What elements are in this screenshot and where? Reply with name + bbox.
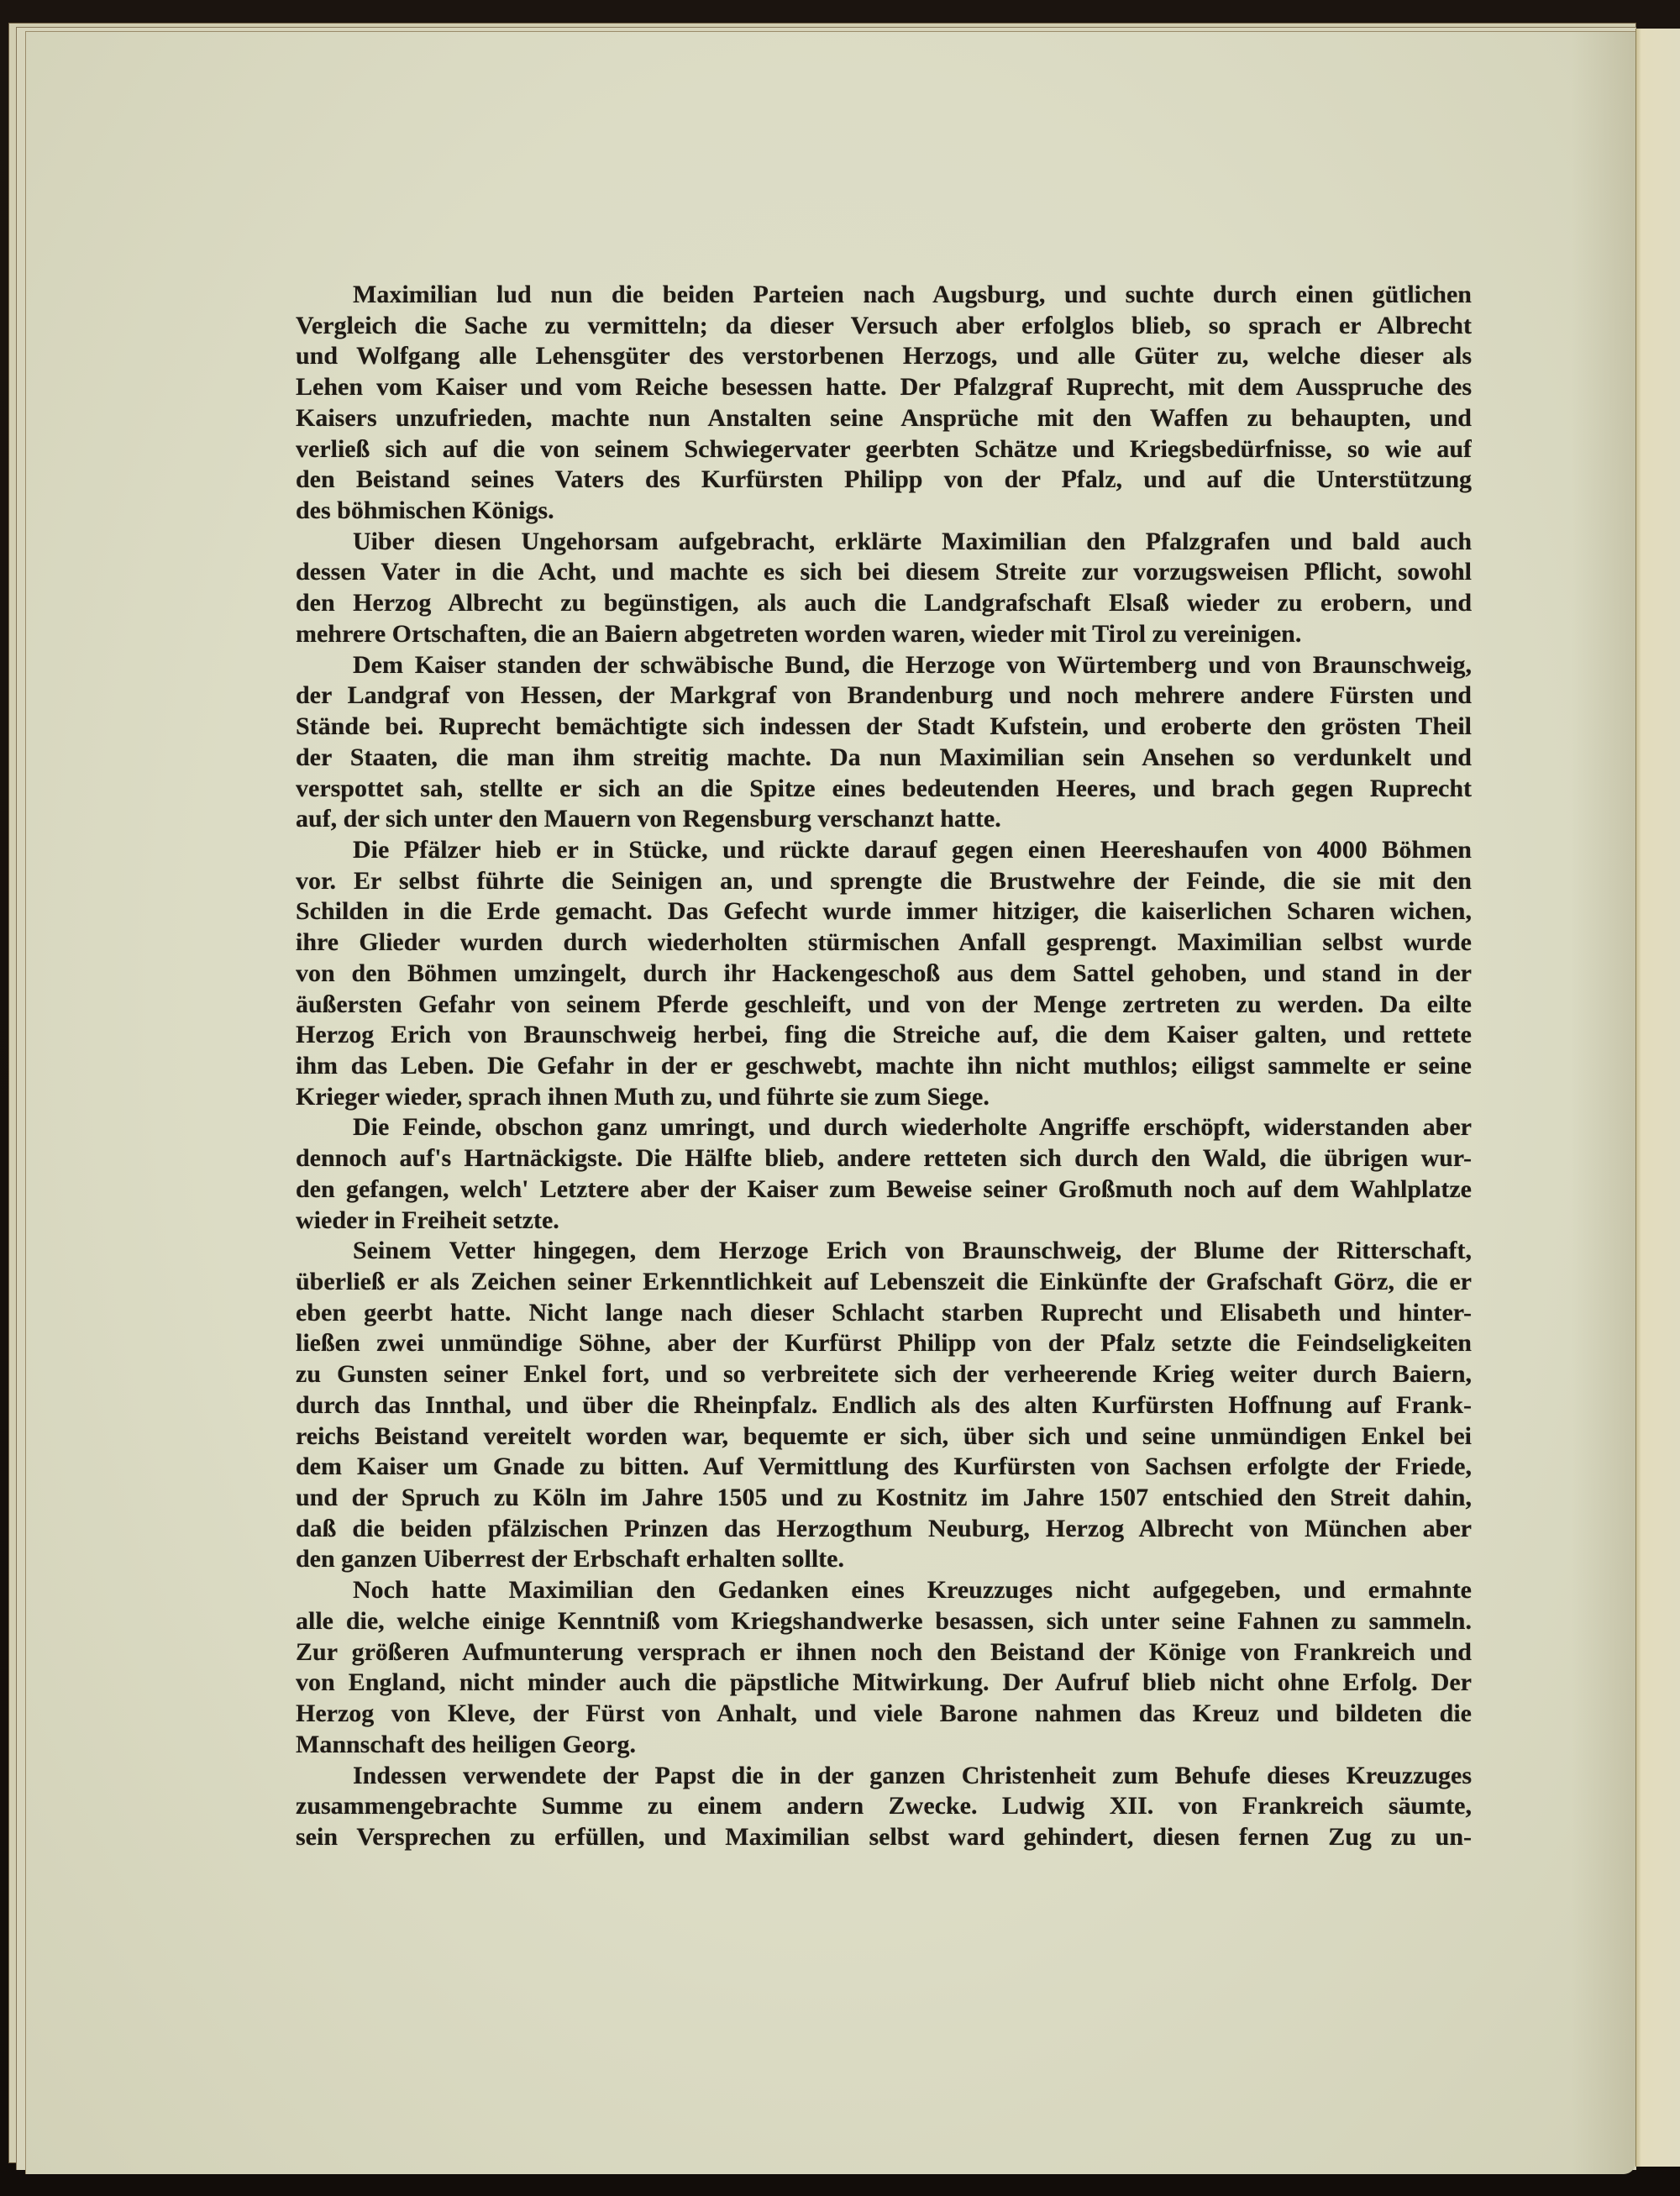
text-line: Maximilian lud nun die beiden Parteien n… [296,280,1472,311]
text-line: und Wolfgang alle Lehensgüter des versto… [296,341,1472,372]
text-line: reichs Beistand vereitelt worden war, be… [296,1421,1472,1453]
text-line: durch das Innthal, und über die Rheinpfa… [296,1390,1472,1421]
text-line: eben geerbt hatte. Nicht lange nach dies… [296,1298,1472,1329]
paragraph: Indessen verwendete der Papst die in der… [296,1761,1472,1853]
text-line: den ganzen Uiberrest der Erbschaft erhal… [296,1544,1472,1575]
text-line: vor. Er selbst führte die Seinigen an, u… [296,866,1472,897]
text-line: Die Pfälzer hieb er in Stücke, und rückt… [296,835,1472,866]
text-line: alle die, welche einige Kenntniß vom Kri… [296,1606,1472,1637]
text-line: Krieger wieder, sprach ihnen Muth zu, un… [296,1082,1472,1113]
text-line: Kaisers unzufrieden, machte nun Anstalte… [296,403,1472,434]
text-line: Stände bei. Ruprecht bemächtigte sich in… [296,712,1472,743]
paragraph: Seinem Vetter hingegen, dem Herzoge Eric… [296,1236,1472,1575]
text-line: zusammengebrachte Summe zu einem andern … [296,1791,1472,1822]
paragraph: Uiber diesen Ungehorsam aufgebracht, erk… [296,527,1472,650]
text-line: ließen zwei unmündige Söhne, aber der Ku… [296,1328,1472,1359]
text-line: dessen Vater in die Acht, und machte es … [296,557,1472,588]
text-line: Die Feinde, obschon ganz umringt, und du… [296,1112,1472,1143]
text-line: des böhmischen Königs. [296,496,1472,527]
text-line: Herzog Erich von Braunschweig herbei, fi… [296,1020,1472,1051]
text-line: der Landgraf von Hessen, der Markgraf vo… [296,680,1472,712]
text-line: Seinem Vetter hingegen, dem Herzoge Eric… [296,1236,1472,1267]
text-line: Dem Kaiser standen der schwäbische Bund,… [296,650,1472,681]
text-line: von den Böhmen umzingelt, durch ihr Hack… [296,959,1472,990]
text-line: verspottet sah, stellte er sich an die S… [296,774,1472,805]
text-line: dem Kaiser um Gnade zu bitten. Auf Vermi… [296,1452,1472,1483]
text-line: Lehen vom Kaiser und vom Reiche besessen… [296,372,1472,403]
text-line: von England, nicht minder auch die päpst… [296,1668,1472,1699]
text-line: Mannschaft des heiligen Georg. [296,1730,1472,1761]
text-line: den gefangen, welch' Letztere aber der K… [296,1174,1472,1206]
text-line: ihre Glieder wurden durch wiederholten s… [296,927,1472,959]
text-line: Zur größeren Aufmunterung versprach er i… [296,1637,1472,1668]
text-line: Schilden in die Erde gemacht. Das Gefech… [296,896,1472,927]
text-line: überließ er als Zeichen seiner Erkenntli… [296,1267,1472,1298]
text-line: Herzog von Kleve, der Fürst von Anhalt, … [296,1699,1472,1730]
paragraph: Noch hatte Maximilian den Gedanken eines… [296,1575,1472,1760]
text-line: und der Spruch zu Köln im Jahre 1505 und… [296,1483,1472,1514]
text-line: Uiber diesen Ungehorsam aufgebracht, erk… [296,527,1472,558]
paragraph: Dem Kaiser standen der schwäbische Bund,… [296,650,1472,835]
text-line: den Beistand seines Vaters des Kurfürste… [296,465,1472,496]
text-line: Indessen verwendete der Papst die in der… [296,1761,1472,1792]
document-text: Maximilian lud nun die beiden Parteien n… [296,280,1472,1853]
text-line: auf, der sich unter den Mauern von Regen… [296,804,1472,835]
text-line: Vergleich die Sache zu vermitteln; da di… [296,311,1472,342]
text-line: daß die beiden pfälzischen Prinzen das H… [296,1514,1472,1545]
text-line: dennoch auf's Hartnäckigste. Die Hälfte … [296,1143,1472,1174]
text-line: der Staaten, die man ihm streitig machte… [296,743,1472,774]
text-line: Noch hatte Maximilian den Gedanken eines… [296,1575,1472,1606]
text-line: wieder in Freiheit setzte. [296,1206,1472,1237]
text-line: den Herzog Albrecht zu begünstigen, als … [296,588,1472,619]
text-line: sein Versprechen zu erfüllen, und Maximi… [296,1822,1472,1853]
text-line: äußersten Gefahr von seinem Pferde gesch… [296,990,1472,1021]
text-line: zu Gunsten seiner Enkel fort, und so ver… [296,1359,1472,1390]
paragraph: Die Pfälzer hieb er in Stücke, und rückt… [296,835,1472,1112]
paragraph: Maximilian lud nun die beiden Parteien n… [296,280,1472,527]
paragraph: Die Feinde, obschon ganz umringt, und du… [296,1112,1472,1236]
text-line: ihm das Leben. Die Gefahr in der er gesc… [296,1051,1472,1082]
text-line: verließ sich auf die von seinem Schwiege… [296,434,1472,465]
facing-page-edge [1635,29,1680,2167]
text-line: mehrere Ortschaften, die an Baiern abget… [296,619,1472,650]
